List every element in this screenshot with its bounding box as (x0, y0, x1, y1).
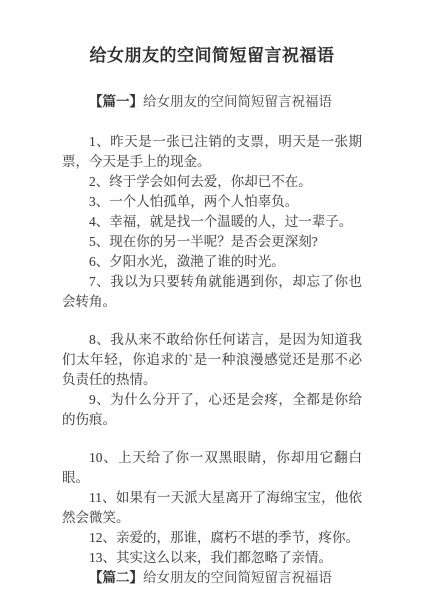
list-item: 11、如果有一天派大星离开了海绵宝宝，他依然会微笑。 (62, 488, 362, 528)
section-one-tag: 【篇一】 (89, 94, 143, 109)
section-one-heading: 给女朋友的空间简短留言祝福语 (143, 94, 332, 109)
page-title: 给女朋友的空间简短留言祝福语 (62, 44, 362, 68)
list-item: 5、现在你的另一半呢？是否会更深刻? (62, 232, 362, 252)
section-two-tag: 【篇二】 (89, 570, 143, 585)
list-item: 1、昨天是一张已注销的支票，明天是一张期票，今天是手上的现金。 (62, 132, 362, 172)
section-two-header: 【篇二】给女朋友的空间简短留言祝福语 (62, 568, 362, 588)
list-item: 13、其实这么以来，我们都忽略了亲情。 (62, 548, 362, 568)
section-two-heading: 给女朋友的空间简短留言祝福语 (143, 570, 332, 585)
list-item: 9、为什么分开了，心还是会疼，全都是你给的伤痕。 (62, 390, 362, 430)
document-page: 给女朋友的空间简短留言祝福语 【篇一】给女朋友的空间简短留言祝福语 1、昨天是一… (0, 0, 424, 600)
list-item: 8、我从来不敢给你任何诺言，是因为知道我们太年轻，你追求的`是一种浪漫感觉还是那… (62, 330, 362, 390)
list-item: 2、终于学会如何去爱，你却已不在。 (62, 172, 362, 192)
list-item: 3、一个人怕孤单，两个人怕辜负。 (62, 192, 362, 212)
list-item: 10、上天给了你一双黑眼睛，你却用它翻白眼。 (62, 448, 362, 488)
list-item: 6、夕阳水光，潋滟了谁的时光。 (62, 252, 362, 272)
section-one-header: 【篇一】给女朋友的空间简短留言祝福语 (62, 92, 362, 112)
list-item: 12、亲爱的，那谁，腐朽不堪的季节，疼你。 (62, 528, 362, 548)
list-item: 4、幸福，就是找一个温暖的人，过一辈子。 (62, 212, 362, 232)
list-item: 7、我以为只要转角就能遇到你，却忘了你也会转角。 (62, 272, 362, 312)
